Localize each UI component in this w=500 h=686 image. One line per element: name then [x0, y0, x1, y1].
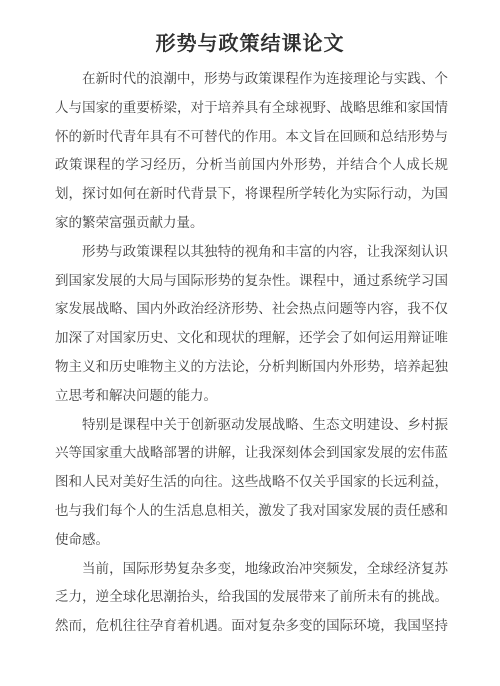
text-line: 怀的新时代青年具有不可替代的作用。本文旨在回顾和总结形势与 [55, 123, 448, 152]
document-page: 形势与政策结课论文 在新时代的浪潮中，形势与政策课程作为连接理论与实践、个人与国… [0, 0, 500, 686]
text-line: 政策课程的学习经历，分析当前国内外形势，并结合个人成长规 [55, 151, 448, 180]
text-line: 使命感。 [55, 526, 448, 555]
text-line: 也与我们每个人的生活息息相关，激发了我对国家发展的责任感和 [55, 497, 448, 526]
document-body: 在新时代的浪潮中，形势与政策课程作为连接理论与实践、个人与国家的重要桥梁，对于培… [0, 65, 500, 641]
text-line: 人与国家的重要桥梁，对于培养具有全球视野、战略思维和家国情 [55, 94, 448, 123]
paragraph: 在新时代的浪潮中，形势与政策课程作为连接理论与实践、个人与国家的重要桥梁，对于培… [55, 65, 448, 238]
text-line: 特别是课程中关于创新驱动发展战略、生态文明建设、乡村振 [55, 411, 448, 440]
text-line: 兴等国家重大战略部署的讲解，让我深刻体会到国家发展的宏伟蓝 [55, 439, 448, 468]
text-line: 然而，危机往往孕育着机遇。面对复杂多变的国际环境，我国坚持 [55, 612, 448, 641]
text-line: 划，探讨如何在新时代背景下，将课程所学转化为实际行动，为国 [55, 180, 448, 209]
text-line: 家的繁荣富强贡献力量。 [55, 209, 448, 238]
text-line: 当前，国际形势复杂多变，地缘政治冲突频发，全球经济复苏 [55, 555, 448, 584]
text-line: 图和人民对美好生活的向往。这些战略不仅关乎国家的长远利益， [55, 468, 448, 497]
paragraph: 形势与政策课程以其独特的视角和丰富的内容，让我深刻认识到国家发展的大局与国际形势… [55, 238, 448, 411]
text-line: 物主义和历史唯物主义的方法论，分析判断国内外形势，培养起独 [55, 353, 448, 382]
text-line: 家发展战略、国内外政治经济形势、社会热点问题等内容，我不仅 [55, 295, 448, 324]
text-line: 到国家发展的大局与国际形势的复杂性。课程中，通过系统学习国 [55, 267, 448, 296]
text-line: 立思考和解决问题的能力。 [55, 382, 448, 411]
document-title: 形势与政策结课论文 [0, 31, 500, 57]
text-line: 乏力，逆全球化思潮抬头，给我国的发展带来了前所未有的挑战。 [55, 583, 448, 612]
paragraph: 当前，国际形势复杂多变，地缘政治冲突频发，全球经济复苏乏力，逆全球化思潮抬头，给… [55, 555, 448, 641]
text-line: 在新时代的浪潮中，形势与政策课程作为连接理论与实践、个 [55, 65, 448, 94]
paragraph: 特别是课程中关于创新驱动发展战略、生态文明建设、乡村振兴等国家重大战略部署的讲解… [55, 411, 448, 555]
text-line: 加深了对国家历史、文化和现状的理解，还学会了如何运用辩证唯 [55, 324, 448, 353]
text-line: 形势与政策课程以其独特的视角和丰富的内容，让我深刻认识 [55, 238, 448, 267]
